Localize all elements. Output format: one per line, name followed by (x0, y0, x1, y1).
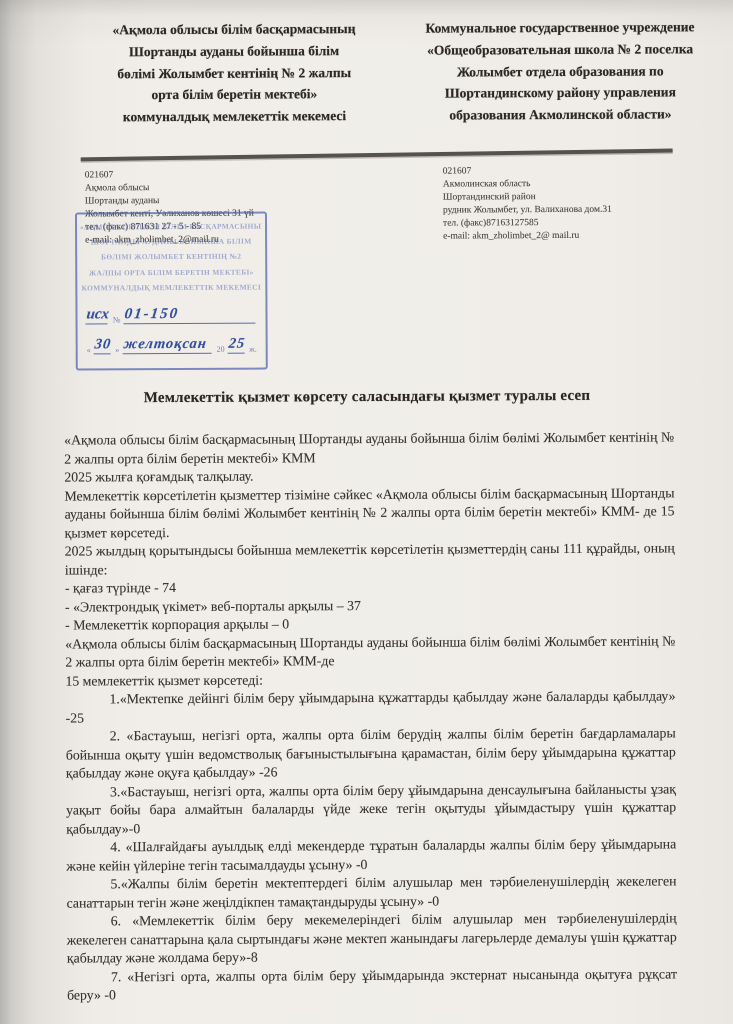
address-ru-line: Акмолинская область (443, 178, 612, 192)
report-body: «Ақмола облысы білім басқармасының Шорта… (64, 428, 677, 1005)
phone-fax-ru: тел. (факс)87163127585 (443, 217, 612, 231)
stamp-org-line: КОММУНАЛДЫҚ МЕМЛЕКЕТТІК МЕКЕМЕСІ (80, 279, 262, 295)
scan-content: «Ақмола облысы білім басқармасының Шорта… (0, 0, 733, 1024)
outgoing-date-row: « 30 » желтоқсан 20 25 ж. (87, 328, 257, 355)
postal-code: 021607 (443, 165, 612, 179)
scanned-document-page: «Ақмола облысы білім басқармасының Шорта… (0, 0, 733, 1024)
handwritten-month: желтоқсан (122, 336, 214, 354)
org-name-ru-line: Коммунальное государственное учреждение (396, 16, 724, 40)
report-paragraph: Мемлекеттік көрсетілетін қызметтер тізім… (64, 484, 674, 543)
org-name-ru-line: «Общеобразовательная школа № 2 поселка (396, 38, 724, 62)
registration-stamp: «АҚМОЛА ОБЛЫСЫ БІЛІМ БАСҚАРМАСЫНЫҢ ШОРТА… (75, 212, 268, 371)
document-title: Мемлекеттік қызмет көрсету саласындағы қ… (60, 387, 674, 407)
address-kk-line: Ақмола облысы (85, 182, 254, 196)
service-item-3: 3.«Бастауыш, негізгі орта, жалпы орта бі… (66, 780, 676, 839)
handwritten-outgoing-word: исх (85, 306, 109, 324)
org-name-kk-line: Шортанды ауданы бойынша білім (72, 40, 396, 63)
org-name-kk-line: «Ақмола облысы білім басқармасының (72, 18, 396, 41)
report-paragraph: 2025 жылдың қорытындысы бойынша мемлекет… (65, 539, 675, 579)
stamp-year-suffix: ж. (249, 345, 257, 354)
report-paragraph: «Ақмола облысы білім басқармасының Шорта… (65, 632, 675, 672)
stamp-org-line: «АҚМОЛА ОБЛЫСЫ БІЛІМ БАСҚАРМАСЫНЫҢ (80, 219, 262, 235)
org-name-kazakh: «Ақмола облысы білім басқармасының Шорта… (72, 18, 397, 129)
org-name-ru-line: образования Акмолинской области» (396, 103, 724, 127)
report-paragraph: «Ақмола облысы білім басқармасының Шорта… (64, 428, 674, 468)
service-item-4: 4. «Шалғайдағы ауылдық елді мекендерде т… (66, 835, 676, 875)
org-name-kk-line: бөлімі Жолымбет кентінің № 2 жалпы (72, 61, 396, 84)
service-item-1: 1.«Мектепке дейінгі білім беру ұйымдарын… (65, 687, 675, 727)
service-item-7: 7. «Негізгі орта, жалпы орта білім беру … (67, 965, 677, 1005)
stamp-org-line: ШОРТАНДЫ АУДАНЫ БОЙЫНША БІЛІМ (80, 234, 262, 250)
divider-line (81, 149, 673, 161)
handwritten-year: 25 (228, 336, 247, 354)
service-item-5: 5.«Жалпы білім беретін мектептердегі біл… (66, 872, 676, 912)
org-name-russian: Коммунальное государственное учреждение … (396, 16, 725, 127)
handwritten-day: 30 (94, 336, 113, 354)
org-name-kk-line: орта білім беретін мектебі» (72, 83, 396, 106)
stamp-number-sign: № (113, 315, 121, 324)
org-name-ru-line: Жолымбет отдела образования по (396, 60, 724, 84)
stamp-close-quote: » (115, 345, 119, 354)
handwritten-outgoing-number: 01-150 (123, 306, 257, 325)
org-address-russian: 021607 Акмолинская область Шортандинский… (443, 165, 612, 244)
stamp-year-prefix: 20 (217, 345, 225, 354)
outgoing-number-row: исх № 01-150 (86, 298, 256, 325)
org-name-ru-line: Шортандинскому району управления (396, 82, 724, 106)
address-ru-line: рудник Жолымбет, ул. Валиханова дом.31 (443, 204, 612, 218)
address-ru-line: Шортандинский район (443, 191, 612, 205)
stamp-org-name: «АҚМОЛА ОБЛЫСЫ БІЛІМ БАСҚАРМАСЫНЫҢ ШОРТА… (80, 219, 262, 296)
org-name-kk-line: коммуналдық мемлекеттік мекемесі (72, 105, 396, 128)
stamp-org-line: БӨЛІМІ ЖОЛЫМБЕТ КЕНТІНІҢ №2 (80, 249, 262, 265)
service-item-6: 6. «Мемлекеттік білім беру мекемелерінде… (67, 909, 677, 968)
stamp-open-quote: « (87, 345, 91, 354)
service-item-2: 2. «Бастауыш, негізгі орта, жалпы орта б… (66, 724, 676, 783)
address-kk-line: Шортанды ауданы (85, 195, 254, 209)
email-ru: e-mail: akm_zholimbet_2@ mail.ru (443, 230, 612, 244)
stamp-org-line: ЖАЛПЫ ОРТА БІЛІМ БЕРЕТІН МЕКТЕБІ» (80, 264, 262, 280)
postal-code: 021607 (85, 169, 254, 183)
